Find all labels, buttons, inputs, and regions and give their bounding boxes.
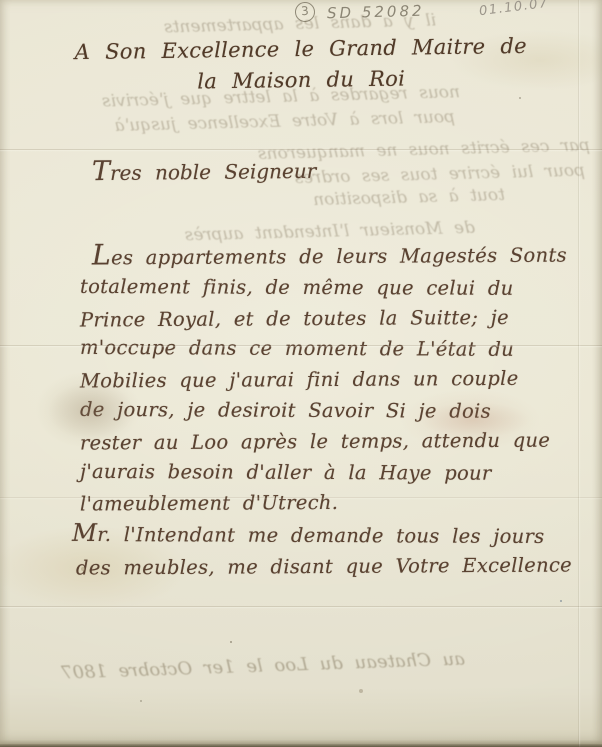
paper-specks (230, 641, 232, 643)
body-line: des meubles, me disant que Votre Excelle… (76, 550, 572, 584)
paper-crease (0, 497, 602, 498)
paper-crease (0, 345, 602, 346)
body-line: Les appartements de leurs Magestés Sonts (92, 238, 572, 275)
body-line: totalement finis, de même que celui du (80, 272, 572, 305)
body-line: m'occupe dans ce moment de L'état du (80, 333, 572, 366)
salutation: Tres noble Seigneur (92, 154, 317, 187)
body-line: j'aurais besoin d'aller à la Haye pour (80, 457, 572, 490)
ink-smudge (420, 402, 530, 438)
bleedthrough-dateline: au Chateau du Loo le 1er Octobre 1807 (35, 649, 465, 685)
paper-crease-vertical (578, 0, 579, 747)
ink-smudge (48, 382, 134, 440)
letter-page: 3 SD 52082 01.10.07 il y a dans les appa… (0, 0, 602, 747)
body-line: Mobilies que j'aurai fini dans un couple (80, 364, 572, 398)
body-line: Mr. l'Intendant me demande tous les jour… (72, 518, 572, 553)
body-line: Prince Royal, et de toutes la Suitte; je (80, 302, 572, 336)
paper-crease (0, 606, 602, 607)
bleedthrough-line: tout à sa disposition (205, 185, 505, 213)
body-line: l'ameublement d'Utrech. (80, 487, 572, 521)
paper-crease (0, 149, 602, 150)
address-block: A Son Excellence le Grand Maitre de la M… (0, 30, 602, 100)
